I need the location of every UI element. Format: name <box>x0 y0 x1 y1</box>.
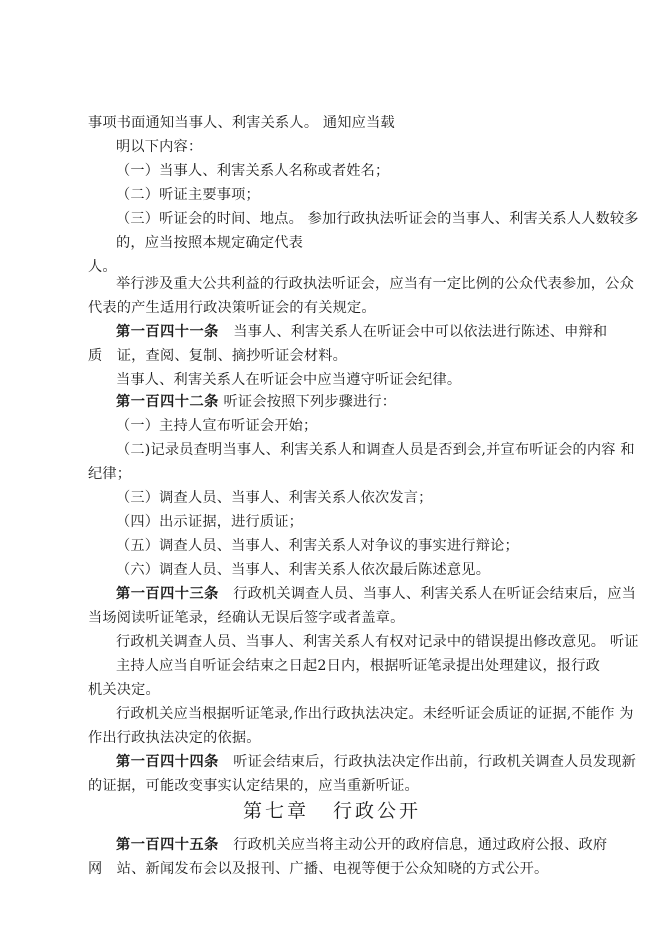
document-page: 事项书面通知当事人、利害关系人。 通知应当载 明以下内容： （一）当事人、利害关… <box>0 0 664 929</box>
paragraph-line: 机关决定。 <box>88 680 160 700</box>
list-item: （一）主持人宣布听证会开始； <box>116 416 317 436</box>
list-item: （五）调查人员、当事人、利害关系人对争议的事实进行辩论； <box>116 536 519 556</box>
list-item: （四）出示证据，进行质证； <box>116 512 303 532</box>
paragraph-line: 当事人、利害关系人在听证会中应当遵守听证会纪律。 <box>116 370 461 390</box>
paragraph-line: 行政机关应当根据听证笔录,作出行政执法决定。未经听证会质证的证据,不能作 为 <box>116 704 634 724</box>
article-142: 第一百四十二条 听证会按照下列步骤进行： <box>116 392 396 412</box>
article-text: 听证会结束后，行政执法决定作出前，行政机关调查人员发现新 <box>219 754 636 770</box>
list-item: （三）调查人员、当事人、利害关系人依次发言； <box>116 488 433 508</box>
text-line: 事项书面通知当事人、利害关系人。 通知应当载 <box>88 113 395 133</box>
text-line: 明以下内容： <box>116 137 202 157</box>
chapter-title: 行政公开 <box>333 800 421 822</box>
chapter-heading: 第七章行政公开 <box>0 798 664 824</box>
paragraph-line: 行政机关调查人员、当事人、利害关系人有权对记录中的错误提出修改意见。 听证 <box>116 632 639 652</box>
article-heading: 第一百四十二条 <box>116 394 219 410</box>
article-144: 第一百四十四条 听证会结束后，行政执法决定作出前，行政机关调查人员发现新 <box>116 752 636 772</box>
paragraph-line: 作出行政执法决定的依据。 <box>88 728 261 748</box>
chapter-number: 第七章 <box>243 800 309 822</box>
paragraph-line: 举行涉及重大公共利益的行政执法听证会，应当有一定比例的公众代表参加，公众 <box>116 274 634 294</box>
paragraph-line: 当场阅读听证笔录，经确认无误后签字或者盖章。 <box>88 608 405 628</box>
article-text: 当事人、利害关系人在听证会中可以依法进行陈述、申辩和 <box>219 324 607 340</box>
list-item: （二)记录员查明当事人、利害关系人和调查人员是否到会,并宣布听证会的内容 和 <box>116 440 635 460</box>
article-heading: 第一百四十三条 <box>116 586 219 602</box>
article-heading: 第一百四十四条 <box>116 754 219 770</box>
list-item: （六）调查人员、当事人、利害关系人依次最后陈述意见。 <box>116 560 490 580</box>
paragraph-line: 质 证，查阅、复制、摘抄听证会材料。 <box>88 346 347 366</box>
article-143: 第一百四十三条 行政机关调查人员、当事人、利害关系人在听证会结束后，应当 <box>116 584 636 604</box>
paragraph-line: 代表的产生适用行政决策听证会的有关规定。 <box>88 298 376 318</box>
paragraph-line: 的证据，可能改变事实认定结果的，应当重新听证。 <box>88 776 419 796</box>
text-line: 人。 <box>88 257 117 277</box>
article-text: 听证会按照下列步骤进行： <box>219 394 396 410</box>
article-heading: 第一百四十一条 <box>116 324 219 340</box>
paragraph-line: 网 站、新闻发布会以及报刊、广播、电视等便于公众知晓的方式公开。 <box>88 859 548 879</box>
list-item-continued: 纪律； <box>88 464 131 484</box>
article-145: 第一百四十五条 行政机关应当将主动公开的政府信息，通过政府公报、政府 <box>116 835 607 855</box>
list-item: （一）当事人、利害关系人名称或者姓名； <box>116 161 389 181</box>
text-line: 的，应当按照本规定确定代表 <box>116 233 303 253</box>
list-item: （三）听证会的时间、地点。 参加行政执法听证会的当事人、利害关系人人数较多 <box>116 209 639 229</box>
article-text: 行政机关应当将主动公开的政府信息，通过政府公报、政府 <box>219 837 607 853</box>
article-heading: 第一百四十五条 <box>116 837 219 853</box>
list-item: （二）听证主要事项； <box>116 185 260 205</box>
paragraph-line: 主持人应当自听证会结束之日起2日内，根据听证笔录提出处理建议，报行政 <box>116 656 600 676</box>
article-text: 行政机关调查人员、当事人、利害关系人在听证会结束后，应当 <box>219 586 636 602</box>
article-141: 第一百四十一条 当事人、利害关系人在听证会中可以依法进行陈述、申辩和 <box>116 322 607 342</box>
